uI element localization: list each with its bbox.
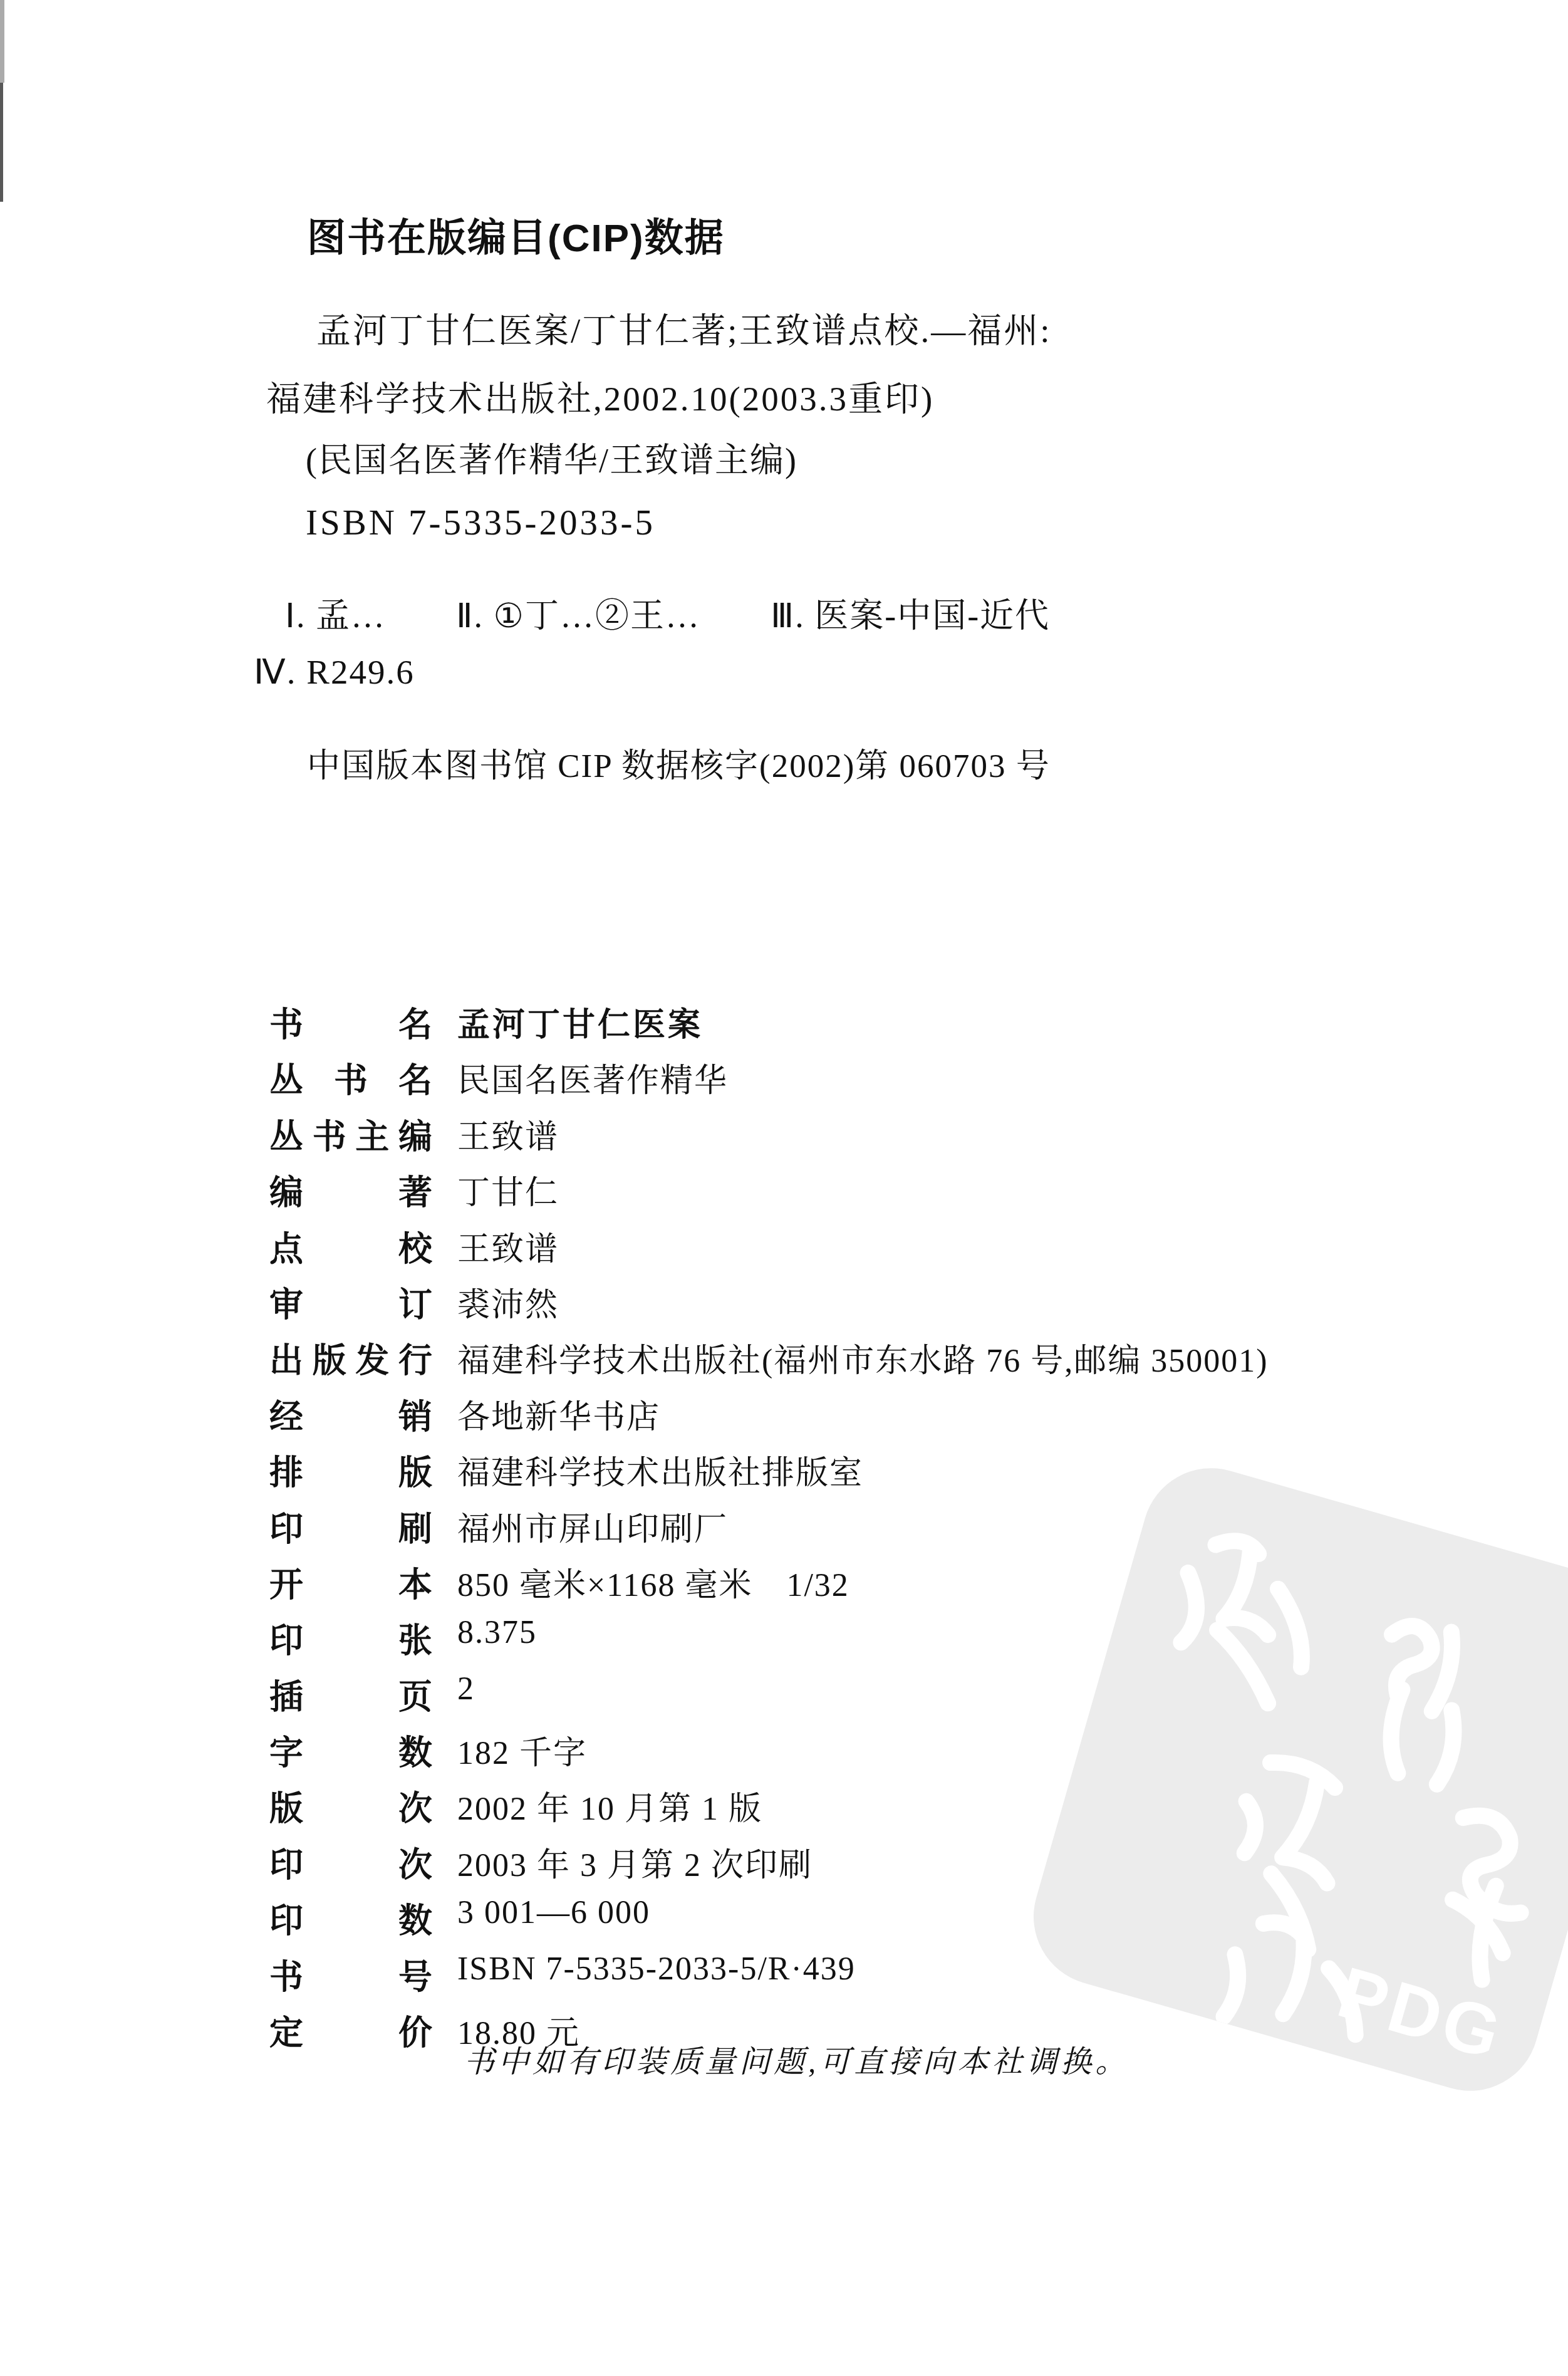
colophon-row: 书 号ISBN 7-5335-2033-5/R·439: [269, 1951, 1269, 2006]
cip-header: 图书在版编目(CIP)数据: [307, 207, 725, 263]
colophon-row-value: 民国名医著作精华: [457, 1054, 728, 1101]
colophon-row-value: 丁甘仁: [457, 1166, 559, 1213]
colophon-row-value: 3 001—6 000: [457, 1894, 650, 1931]
colophon-row-value: 2002 年 10 月第 1 版: [457, 1782, 762, 1829]
colophon-row-label: 经 销: [269, 1390, 432, 1439]
colophon-row-label: 印 数: [269, 1894, 432, 1942]
colophon-row-label: 书 名: [269, 998, 432, 1046]
colophon-row-label: 编 著: [269, 1166, 432, 1214]
colophon-row-label: 丛 书 名: [269, 1054, 432, 1102]
colophon-row-value: 福建科学技术出版社(福州市东水路 76 号,邮编 350001): [457, 1334, 1269, 1381]
colophon-row: 丛书主编王致谱: [269, 1110, 1269, 1166]
colophon-row-label: 字 数: [269, 1726, 432, 1774]
colophon-row: 印 数3 001—6 000: [269, 1894, 1269, 1950]
colophon-row-label: 插 页: [269, 1670, 432, 1719]
colophon-row-value: 2003 年 3 月第 2 次印刷: [457, 1838, 813, 1885]
colophon-table: 书 名孟河丁甘仁医案丛 书 名民国名医著作精华丛书主编王致谱编 著丁甘仁点 校王…: [269, 998, 1269, 2062]
colophon-row-label: 版 次: [269, 1782, 432, 1830]
colophon-row: 版 次2002 年 10 月第 1 版: [269, 1782, 1269, 1838]
cip-description-line1: 孟河丁甘仁医案/丁甘仁著;王致谱点校.—福州:: [316, 303, 1052, 352]
colophon-row: 书 名孟河丁甘仁医案: [269, 998, 1269, 1054]
colophon-row: 出版发行福建科学技术出版社(福州市东水路 76 号,邮编 350001): [269, 1334, 1269, 1390]
colophon-row: 排 版福建科学技术出版社排版室: [269, 1446, 1269, 1502]
colophon-row-value: 850 毫米×1168 毫米 1/32: [457, 1558, 849, 1605]
colophon-row-value: 2: [457, 1670, 475, 1707]
colophon-row-value: 裘沛然: [457, 1278, 559, 1325]
colophon-row-value: 各地新华书店: [457, 1390, 660, 1437]
colophon-row: 点 校王致谱: [269, 1222, 1269, 1278]
colophon-row: 丛 书 名民国名医著作精华: [269, 1054, 1269, 1110]
colophon-row: 经 销各地新华书店: [269, 1390, 1269, 1446]
colophon-row-label: 排 版: [269, 1446, 432, 1494]
colophon-row: 印 刷福州市屏山印刷厂: [269, 1503, 1269, 1558]
cip-classification-line1: Ⅰ. 孟… Ⅱ. ①丁…②王… Ⅲ. 医案-中国-近代: [285, 589, 1050, 637]
colophon-row-value: 福州市屏山印刷厂: [457, 1503, 728, 1550]
colophon-row: 编 著丁甘仁: [269, 1166, 1269, 1222]
colophon-row: 插 页2: [269, 1670, 1269, 1726]
colophon-row-label: 书 号: [269, 1951, 432, 1999]
cip-classification-line2: Ⅳ. R249.6: [254, 652, 415, 692]
quality-exchange-note: 书中如有印装质量问题,可直接向本社调换。: [464, 2038, 1129, 2082]
colophon-row-value: 182 千字: [457, 1726, 587, 1773]
colophon-row-value: 福建科学技术出版社排版室: [457, 1446, 863, 1493]
colophon-row-label: 印 张: [269, 1614, 432, 1662]
colophon-row-label: 出版发行: [269, 1334, 432, 1382]
colophon-row: 印 次2003 年 3 月第 2 次印刷: [269, 1838, 1269, 1894]
colophon-row-label: 审 订: [269, 1278, 432, 1326]
colophon-row-label: 定 价: [269, 2006, 432, 2055]
colophon-row-value: ISBN 7-5335-2033-5/R·439: [457, 1951, 856, 1988]
cip-record-number: 中国版本图书馆 CIP 数据核字(2002)第 060703 号: [307, 739, 1051, 787]
colophon-row-value: 孟河丁甘仁医案: [457, 998, 703, 1045]
colophon-row-value: 王致谱: [457, 1110, 559, 1157]
scan-edge-artifact-dark: [0, 83, 3, 202]
colophon-row-value: 王致谱: [457, 1222, 559, 1269]
scan-edge-artifact-light: [0, 0, 4, 83]
cip-isbn: ISBN 7-5335-2033-5: [306, 503, 655, 543]
colophon-row-label: 点 校: [269, 1222, 432, 1271]
colophon-row: 审 订裘沛然: [269, 1278, 1269, 1334]
colophon-row-label: 印 次: [269, 1838, 432, 1887]
colophon-row: 印 张8.375: [269, 1614, 1269, 1670]
colophon-row: 开 本850 毫米×1168 毫米 1/32: [269, 1558, 1269, 1614]
colophon-row: 字 数182 千字: [269, 1726, 1269, 1782]
colophon-row-label: 丛书主编: [269, 1110, 432, 1159]
cip-description-line2: 福建科学技术出版社,2002.10(2003.3重印): [266, 371, 934, 420]
book-copyright-page: { "cip": { "header": "图书在版编目(CIP)数据", "d…: [0, 0, 1568, 2376]
colophon-row-value: 8.375: [457, 1614, 537, 1651]
colophon-row-label: 开 本: [269, 1558, 432, 1607]
cip-series-note: (民国名医著作精华/王致谱主编): [306, 434, 797, 482]
colophon-row-label: 印 刷: [269, 1503, 432, 1551]
